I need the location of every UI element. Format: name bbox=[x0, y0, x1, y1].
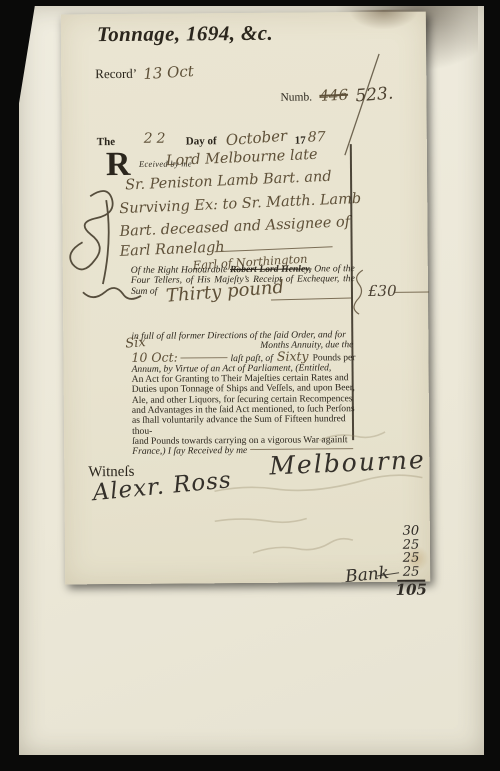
record-row: Record’ 13 Oct bbox=[95, 63, 194, 82]
payee-line-1: Lord Melbourne late bbox=[166, 147, 318, 169]
tally-value-underlined: 25 bbox=[397, 565, 426, 582]
pen-dash bbox=[181, 357, 228, 358]
record-label: Record’ bbox=[95, 66, 136, 81]
record-value: 13 Oct bbox=[143, 62, 195, 83]
numb-old-value: 446 bbox=[319, 86, 348, 105]
photograph-background: Tonnage, 1694, &c. Record’ 13 Oct Numb. … bbox=[0, 0, 500, 771]
hw-rate-value: Sixty bbox=[277, 351, 309, 360]
date-month-value: October bbox=[225, 127, 288, 150]
numb-label: Numb. bbox=[280, 91, 312, 103]
brace-flourish bbox=[354, 270, 363, 314]
hw-term-months: Six bbox=[125, 338, 146, 350]
annuity-line-2: Six Months Annuity, due the bbox=[131, 340, 355, 352]
payee-line-4: Bart. deceased and Assignee of bbox=[119, 214, 350, 240]
annuity-paragraph: in full of all former Directions of the … bbox=[131, 330, 356, 457]
date-year-printed: 17 bbox=[295, 135, 306, 147]
annuity-last-line: France,) I ſay Received by me bbox=[132, 446, 247, 457]
pen-dash bbox=[215, 246, 333, 252]
receipt-paper: Tonnage, 1694, &c. Record’ 13 Oct Numb. … bbox=[61, 12, 430, 585]
doc-title: Tonnage, 1694, &c. bbox=[97, 21, 273, 47]
numb-new-value: 523. bbox=[355, 84, 394, 107]
tally-value: 25 bbox=[389, 552, 433, 566]
pen-dash bbox=[271, 297, 351, 300]
tally-value: 30 bbox=[389, 525, 433, 539]
tally-total: 105 bbox=[389, 584, 433, 598]
annuity-line-2-text: Months Annuity, due the bbox=[260, 339, 353, 351]
payee-line-2: Sr. Peniston Lamb Bart. and bbox=[125, 169, 332, 194]
date-year-handwritten: 87 bbox=[308, 129, 326, 145]
marginal-amount: £30 bbox=[368, 282, 397, 300]
date-dayof-label: Day of bbox=[186, 135, 217, 147]
payee-signature: Melbourne bbox=[269, 445, 427, 481]
tally-column: 30 25 25 25 105 bbox=[389, 525, 434, 598]
ink-stain bbox=[349, 10, 419, 31]
payee-line-3: Surviving Ex: to Sr. Matth. Lamb bbox=[119, 191, 361, 217]
pen-dash bbox=[395, 292, 429, 293]
date-day-value: 22 bbox=[144, 131, 170, 147]
number-row: Numb. 446 523. bbox=[280, 85, 393, 106]
hw-due-date: 10 Oct: bbox=[131, 352, 177, 361]
